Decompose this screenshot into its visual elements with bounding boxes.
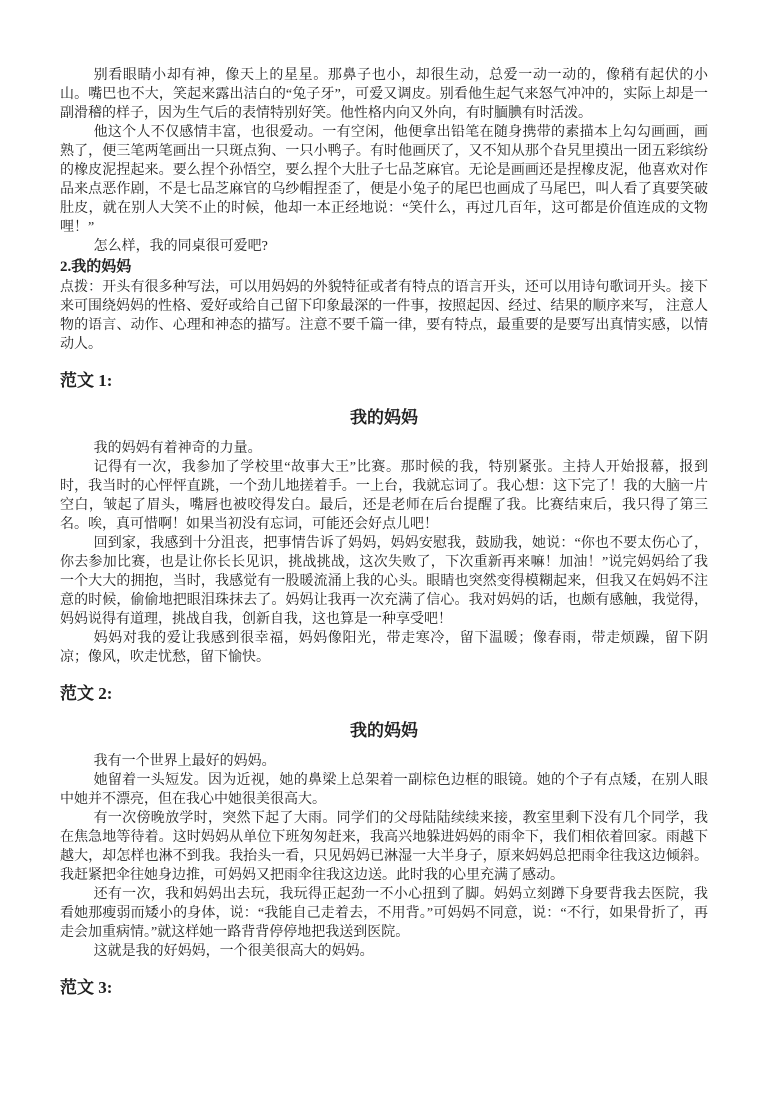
essay2-paragraph: 这就是我的好妈妈，一个很美很高大的妈妈。 bbox=[60, 942, 708, 961]
essay2-title: 我的妈妈 bbox=[60, 720, 708, 742]
fanwen-2-label: 范文 2: bbox=[60, 683, 708, 705]
essay2-paragraph: 她留着一头短发。因为近视，她的鼻梁上总架着一副棕色边框的眼镜。她的个子有点矮，在… bbox=[60, 771, 708, 809]
continuation-closing-line: 怎么样，我的同桌很可爱吧? bbox=[60, 237, 708, 256]
essay1-paragraph: 妈妈对我的爱让我感到很幸福，妈妈像阳光，带走寒冷，留下温暖；像春雨，带走烦躁，留… bbox=[60, 629, 708, 667]
essay2-paragraph: 我有一个世界上最好的妈妈。 bbox=[60, 752, 708, 771]
continuation-paragraph: 他这个人不仅感情丰富，也很爱动。一有空闲，他便拿出铅笔在随身携带的素描本上勾勾画… bbox=[60, 123, 708, 237]
essay2-paragraph: 还有一次，我和妈妈出去玩，我玩得正起劲一不小心扭到了脚。妈妈立刻蹲下身要背我去医… bbox=[60, 885, 708, 942]
essay1-paragraph: 我的妈妈有着神奇的力量。 bbox=[60, 439, 708, 458]
essay1-paragraph: 记得有一次，我参加了学校里“故事大王”比赛。那时候的我，特别紧张。主持人开始报幕… bbox=[60, 458, 708, 534]
essay1-paragraph: 回到家，我感到十分沮丧，把事情告诉了妈妈，妈妈安慰我，鼓励我，她说：“你也不要太… bbox=[60, 534, 708, 629]
tip-paragraph: 点拨：开头有很多种写法，可以用妈妈的外貌特征或者有特点的语言开头，还可以用诗句歌… bbox=[60, 278, 708, 354]
fanwen-1-label: 范文 1: bbox=[60, 370, 708, 392]
essay2-paragraph: 有一次傍晚放学时，突然下起了大雨。同学们的父母陆陆续续来接，教室里剩下没有几个同… bbox=[60, 809, 708, 885]
continuation-paragraph: 别看眼睛小却有神，像天上的星星。那鼻子也小，却很生动，总爱一动一动的，像稍有起伏… bbox=[60, 66, 708, 123]
document-page: 别看眼睛小却有神，像天上的星星。那鼻子也小，却很生动，总爱一动一动的，像稍有起伏… bbox=[0, 0, 780, 1103]
essay1-title: 我的妈妈 bbox=[60, 407, 708, 429]
fanwen-3-label: 范文 3: bbox=[60, 977, 708, 999]
topic2-heading: 2.我的妈妈 bbox=[60, 257, 708, 277]
